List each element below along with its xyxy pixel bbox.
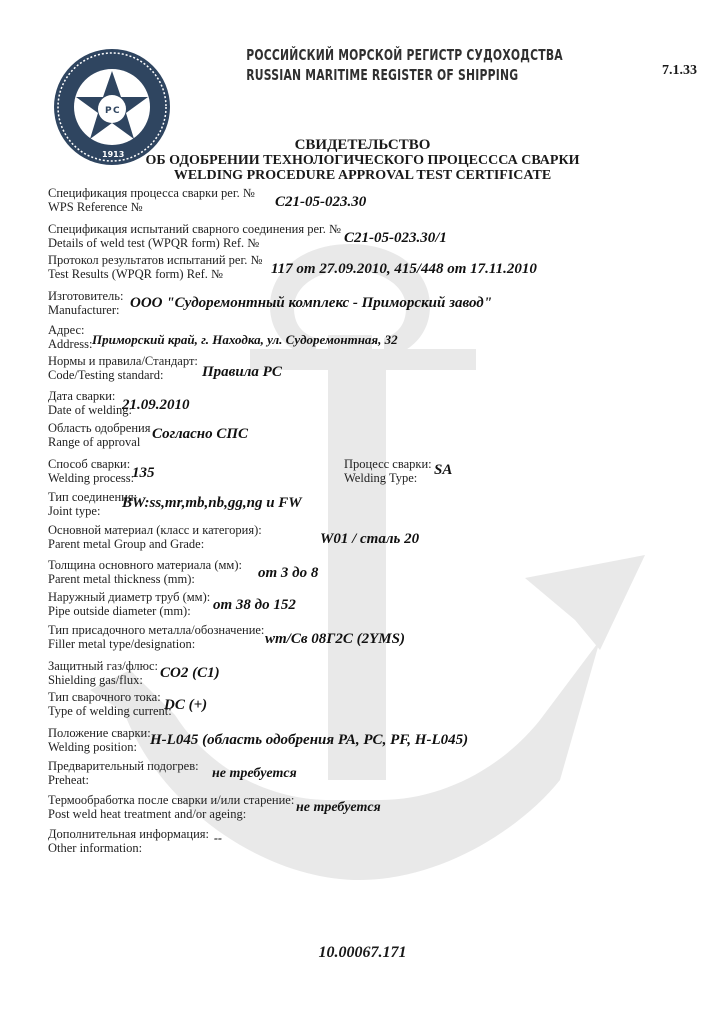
label-ru: Дополнительная информация: (48, 827, 209, 841)
field-manufacturer: Изготовитель: Manufacturer: ООО "Судорем… (48, 289, 123, 317)
label-ru: Наружный диаметр труб (мм): (48, 590, 210, 604)
field-test-results: Протокол результатов испытаний рег. № Te… (48, 253, 262, 281)
field-welding-current: Тип сварочного тока: Type of welding cur… (48, 690, 172, 718)
label-ru: Способ сварки: (48, 457, 134, 471)
label-en: Filler metal type/designation: (48, 637, 264, 651)
field-code-standard: Нормы и правила/Стандарт: Code/Testing s… (48, 354, 198, 382)
value: Правила РС (202, 364, 282, 381)
field-date-of-welding: Дата сварки: Date of welding: 21.09.2010 (48, 389, 132, 417)
certificate-number: 10.00067.171 (0, 944, 725, 962)
field-wps-reference: Спецификация процесса сварки рег. № WPS … (48, 186, 255, 214)
label-ru: Изготовитель: (48, 289, 123, 303)
field-range-of-approval: Область одобрения Range of approval Согл… (48, 421, 150, 449)
svg-text:Р: Р (105, 106, 112, 116)
label-en: WPS Reference № (48, 200, 255, 214)
value: -- (214, 831, 222, 846)
field-joint-type: Тип соединения: Joint type: BW:ss,mr,mb,… (48, 490, 137, 518)
value: SA (434, 462, 452, 479)
field-wpqr-reference: Спецификация испытаний сварного соединен… (48, 222, 341, 250)
label-en: Details of weld test (WPQR form) Ref. № (48, 236, 341, 250)
value: не требуется (296, 800, 381, 816)
value: H-L045 (область одобрения PA, PC, PF, H-… (150, 732, 468, 749)
field-pipe-diameter: Наружный диаметр труб (мм): Pipe outside… (48, 590, 210, 618)
value: Согласно СПС (152, 426, 248, 443)
value: wm/Св 08Г2С (2YMS) (265, 631, 405, 648)
label-ru: Положение сварки: (48, 726, 151, 740)
label-ru: Спецификация испытаний сварного соединен… (48, 222, 341, 236)
label-ru: Защитный газ/флюс: (48, 659, 158, 673)
label-en: Manufacturer: (48, 303, 123, 317)
label-en: Other information: (48, 841, 209, 855)
label-ru: Тип сварочного тока: (48, 690, 172, 704)
label-ru: Тип присадочного металла/обозначение: (48, 623, 264, 637)
organization-name: РОССИЙСКИЙ МОРСКОЙ РЕГИСТР СУДОХОДСТВА R… (246, 45, 484, 85)
value: 135 (132, 465, 155, 482)
label-en: Code/Testing standard: (48, 368, 198, 382)
label-ru: Основной материал (класс и категория): (48, 523, 262, 537)
label-en: Range of approval (48, 435, 150, 449)
value: 21.09.2010 (122, 397, 190, 414)
label-en: Pipe outside diameter (mm): (48, 604, 210, 618)
value: W01 / сталь 20 (320, 531, 419, 548)
label-en: Welding position: (48, 740, 151, 754)
label-ru: Область одобрения (48, 421, 150, 435)
value: 117 от 27.09.2010, 415/448 от 17.11.2010 (271, 261, 537, 278)
label-en: Test Results (WPQR form) Ref. № (48, 267, 262, 281)
field-post-weld-heat-treatment: Термообработка после сварки и/или старен… (48, 793, 294, 821)
field-filler-metal: Тип присадочного металла/обозначение: Fi… (48, 623, 264, 651)
field-welding-process: Способ сварки: Welding process: 135 (48, 457, 134, 485)
label-en: Preheat: (48, 773, 199, 787)
value: C21-05-023.30/1 (344, 230, 447, 247)
field-other-information: Дополнительная информация: Other informa… (48, 827, 209, 855)
title-line-2: ОБ ОДОБРЕНИИ ТЕХНОЛОГИЧЕСКОГО ПРОЦЕСССА … (0, 153, 725, 168)
field-shielding-gas: Защитный газ/флюс: Shielding gas/flux: C… (48, 659, 158, 687)
label-ru: Адрес: (48, 323, 92, 337)
label-ru: Дата сварки: (48, 389, 132, 403)
label-ru: Нормы и правила/Стандарт: (48, 354, 198, 368)
label-en: Parent metal thickness (mm): (48, 572, 242, 586)
value: от 3 до 8 (258, 565, 318, 582)
value: Приморский край, г. Находка, ул. Судорем… (92, 332, 398, 348)
value: DC (+) (164, 697, 207, 714)
field-preheat: Предварительный подогрев: Preheat: не тр… (48, 759, 199, 787)
label-ru: Протокол результатов испытаний рег. № (48, 253, 262, 267)
label-ru: Предварительный подогрев: (48, 759, 199, 773)
label-en: Date of welding: (48, 403, 132, 417)
title-line-1: СВИДЕТЕЛЬСТВО (0, 138, 725, 153)
value: не требуется (212, 766, 297, 782)
field-address: Адрес: Address: Приморский край, г. Нахо… (48, 323, 92, 351)
value: BW:ss,mr,mb,nb,gg,ng и FW (122, 495, 302, 512)
label-en: Post weld heat treatment and/or ageing: (48, 807, 294, 821)
title-line-3: WELDING PROCEDURE APPROVAL TEST CERTIFIC… (0, 168, 725, 183)
field-parent-metal: Основной материал (класс и категория): P… (48, 523, 262, 551)
field-welding-type: Процесс сварки: Welding Type: SA (344, 457, 432, 485)
label-ru: Термообработка после сварки и/или старен… (48, 793, 294, 807)
label-ru: Толщина основного материала (мм): (48, 558, 242, 572)
document-title: СВИДЕТЕЛЬСТВО ОБ ОДОБРЕНИИ ТЕХНОЛОГИЧЕСК… (0, 138, 725, 183)
svg-text:С: С (113, 106, 120, 116)
value: C21-05-023.30 (275, 194, 366, 211)
value: ООО "Судоремонтный комплекс - Приморский… (130, 295, 492, 312)
value: CO2 (C1) (160, 665, 220, 682)
label-en: Welding Type: (344, 471, 432, 485)
field-welding-position: Положение сварки: Welding position: H-L0… (48, 726, 151, 754)
label-ru: Спецификация процесса сварки рег. № (48, 186, 255, 200)
org-name-en: RUSSIAN MARITIME REGISTER OF SHIPPING (246, 65, 484, 85)
label-ru: Процесс сварки: (344, 457, 432, 471)
form-number: 7.1.33 (662, 63, 697, 79)
label-en: Shielding gas/flux: (48, 673, 158, 687)
value: от 38 до 152 (213, 597, 296, 614)
field-parent-thickness: Толщина основного материала (мм): Parent… (48, 558, 242, 586)
label-en: Type of welding current: (48, 704, 172, 718)
label-en: Parent metal Group and Grade: (48, 537, 262, 551)
org-name-ru: РОССИЙСКИЙ МОРСКОЙ РЕГИСТР СУДОХОДСТВА (246, 45, 484, 65)
label-en: Welding process: (48, 471, 134, 485)
label-en: Address: (48, 337, 92, 351)
